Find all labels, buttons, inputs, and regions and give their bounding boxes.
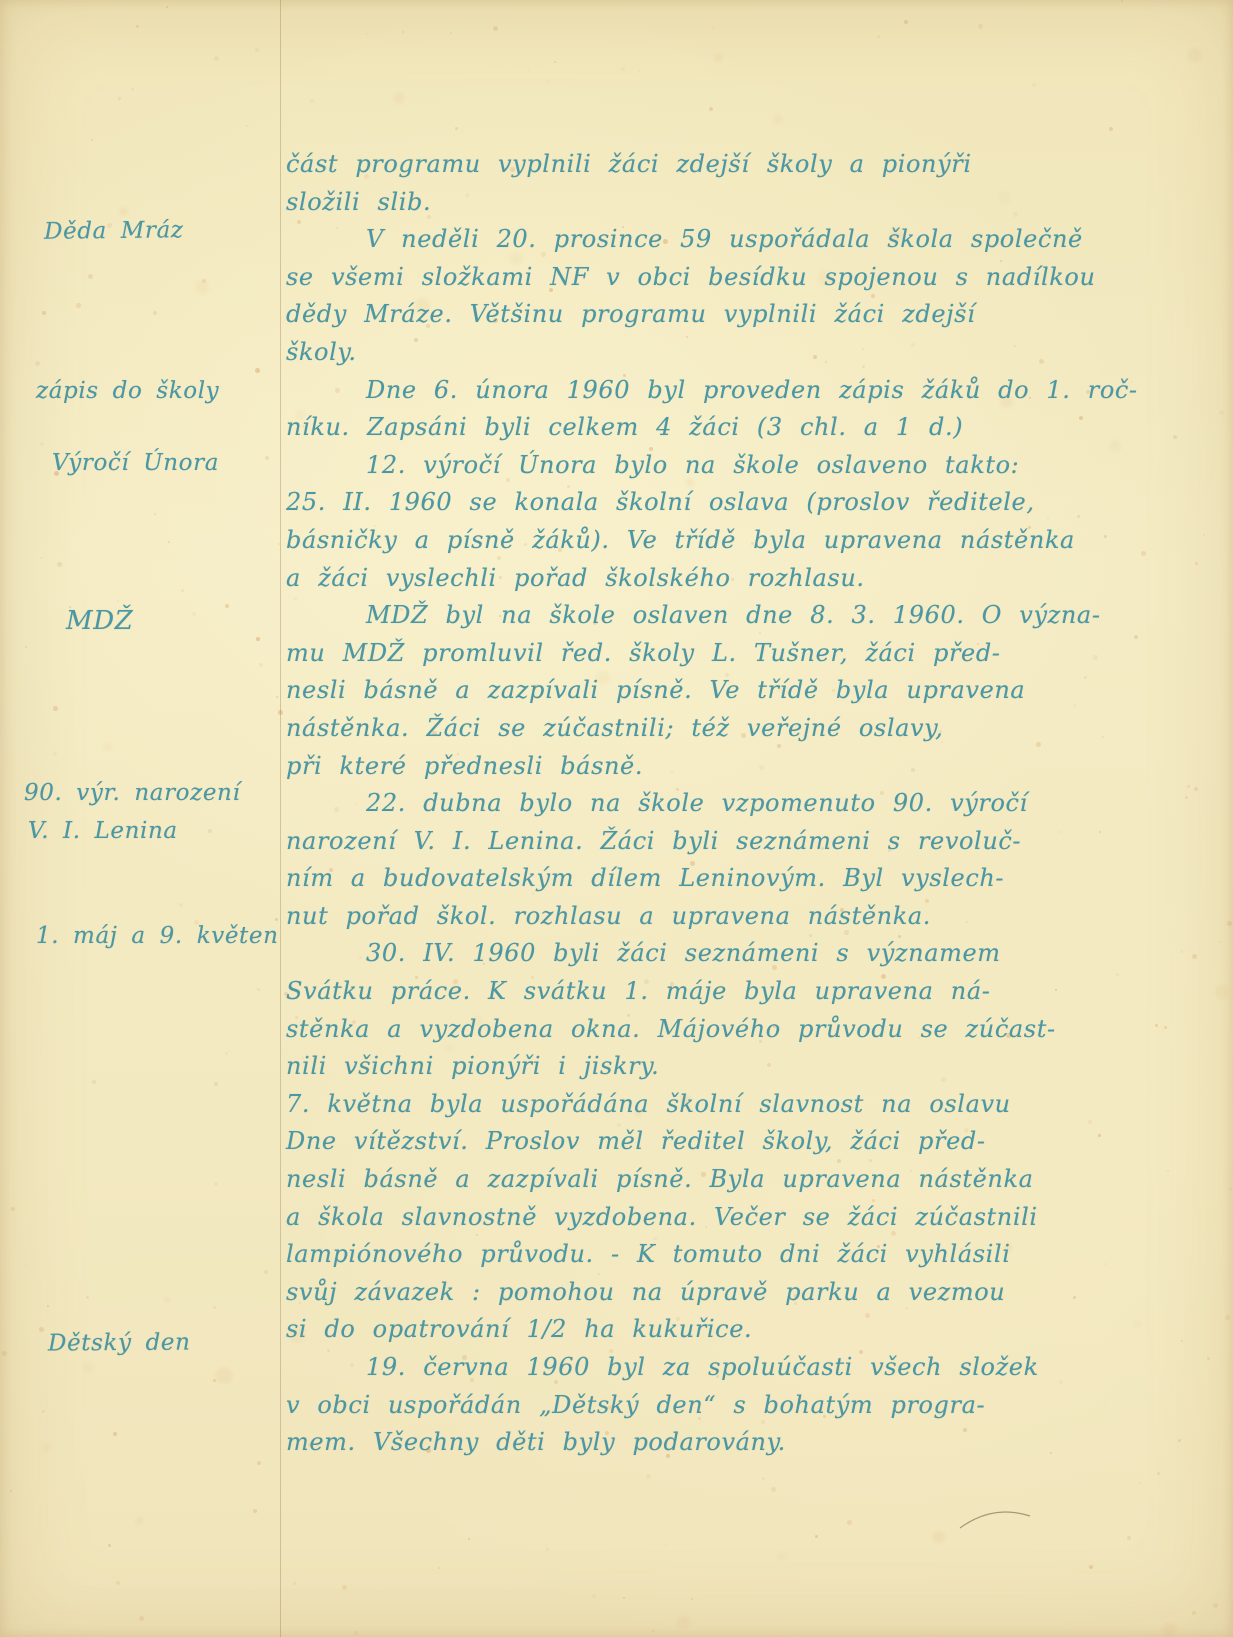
handwritten-line: stěnka a vyzdobena okna. Májového průvod… — [286, 1011, 1186, 1049]
handwritten-line: 7. května byla uspořádána školní slavnos… — [286, 1086, 1186, 1124]
handwritten-line: se všemi složkami NF v obci besídku spoj… — [286, 259, 1186, 297]
handwritten-line: mem. Všechny děti byly podarovány. — [286, 1424, 1186, 1462]
handwritten-line: 30. IV. 1960 byli žáci seznámeni s význa… — [286, 935, 1186, 973]
handwritten-line: a škola slavnostně vyzdobena. Večer se ž… — [286, 1199, 1186, 1237]
chronicle-page: Děda Mráz zápis do školy Výročí Února MD… — [0, 0, 1233, 1637]
handwritten-line: nesli básně a zazpívali písně. Ve třídě … — [286, 672, 1186, 710]
handwritten-line: nesli básně a zazpívali písně. Byla upra… — [286, 1161, 1186, 1199]
handwritten-line: Dne vítězství. Proslov měl ředitel školy… — [286, 1123, 1186, 1161]
handwritten-line: dědy Mráze. Většinu programu vyplnili žá… — [286, 296, 1186, 334]
margin-note: MDŽ — [66, 606, 133, 636]
handwritten-line: nili všichni pionýři i jiskry. — [286, 1048, 1186, 1086]
handwritten-line: ním a budovatelským dílem Leninovým. Byl… — [286, 860, 1186, 898]
handwritten-line: složili slib. — [286, 184, 1186, 222]
handwritten-line: si do opatrování 1/2 ha kukuřice. — [286, 1311, 1186, 1349]
handwritten-line: narození V. I. Lenina. Žáci byli seznáme… — [286, 823, 1186, 861]
margin-note: Děda Mráz — [44, 217, 184, 244]
handwritten-line: při které přednesli básně. — [286, 748, 1186, 786]
handwritten-line: svůj závazek : pomohou na úpravě parku a… — [286, 1274, 1186, 1312]
handwritten-line: školy. — [286, 334, 1186, 372]
margin-note: 1. máj a 9. květen — [36, 923, 279, 949]
handwritten-line: básničky a písně žáků). Ve třídě byla up… — [286, 522, 1186, 560]
handwritten-line: a žáci vyslechli pořad školského rozhlas… — [286, 560, 1186, 598]
paper-scratch-mark — [955, 1498, 1035, 1538]
handwritten-line: Dne 6. února 1960 byl proveden zápis žák… — [286, 372, 1186, 410]
margin-rule-line — [280, 0, 281, 1637]
handwritten-body: část programu vyplnili žáci zdejší školy… — [286, 146, 1186, 1462]
handwritten-line: 22. dubna bylo na škole vzpomenuto 90. v… — [286, 785, 1186, 823]
margin-note: Výročí Února — [52, 450, 219, 476]
handwritten-line: nástěnka. Žáci se zúčastnili; též veřejn… — [286, 710, 1186, 748]
handwritten-line: část programu vyplnili žáci zdejší školy… — [286, 146, 1186, 184]
margin-note: Dětský den — [48, 1330, 191, 1357]
handwritten-line: nut pořad škol. rozhlasu a upravena nást… — [286, 898, 1186, 936]
handwritten-line: 19. června 1960 byl za spoluúčasti všech… — [286, 1349, 1186, 1387]
margin-note: zápis do školy — [36, 378, 219, 404]
margin-note: V. I. Lenina — [28, 818, 178, 844]
handwritten-line: Svátku práce. K svátku 1. máje byla upra… — [286, 973, 1186, 1011]
handwritten-line: 25. II. 1960 se konala školní oslava (pr… — [286, 484, 1186, 522]
handwritten-line: lampiónového průvodu. - K tomuto dni žác… — [286, 1236, 1186, 1274]
handwritten-line: MDŽ byl na škole oslaven dne 8. 3. 1960.… — [286, 597, 1186, 635]
handwritten-line: 12. výročí Února bylo na škole oslaveno … — [286, 447, 1186, 485]
margin-note: 90. výr. narození — [24, 780, 240, 806]
handwritten-line: níku. Zapsáni byli celkem 4 žáci (3 chl.… — [286, 409, 1186, 447]
handwritten-line: V neděli 20. prosince 59 uspořádala škol… — [286, 221, 1186, 259]
handwritten-line: v obci uspořádán „Dětský den“ s bohatým … — [286, 1387, 1186, 1425]
handwritten-line: mu MDŽ promluvil řed. školy L. Tušner, ž… — [286, 635, 1186, 673]
